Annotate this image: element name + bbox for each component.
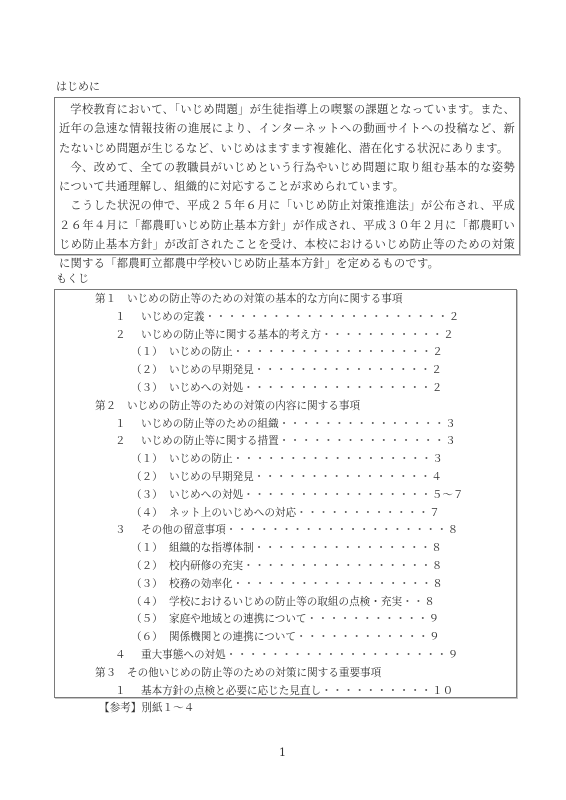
toc-entry-number: ２: [115, 433, 126, 451]
intro-paragraph-2: 今、改めて、全ての教職員がいじめという行為やいじめ問題に取り組む基本的な姿勢につ…: [59, 158, 515, 197]
toc-entry-title: いじめの早期発見・・・・・・・・・・・・・・・・２: [169, 362, 442, 380]
toc-entry-number: 第１: [95, 291, 116, 309]
toc-page-number: ８: [424, 596, 435, 608]
toc-page-number: ２: [432, 346, 443, 358]
toc-entry-number: １: [115, 309, 126, 327]
toc-entry-number: （４）: [131, 594, 163, 612]
toc-entry-number: １: [115, 683, 126, 701]
toc-page-number: ２: [431, 364, 442, 376]
toc-entry-title: 組織的な指導体制・・・・・・・・・・・・・・・・８: [169, 540, 442, 558]
toc-entry-number: １: [115, 416, 126, 434]
intro-paragraph-1: 学校教育において、「いじめ問題」が生徒指導上の喫緊の課題となっています。また、近…: [59, 100, 515, 158]
toc-section: 第２いじめの防止等のための対策の内容に関する事項: [55, 398, 516, 416]
toc-page-number: ９: [429, 613, 440, 625]
toc-page-number: ４: [431, 471, 442, 483]
toc-entry-title: ネット上のいじめへの対応・・・・・・・・・・・・７: [169, 505, 440, 523]
toc-entry-title: いじめの防止等のための組織・・・・・・・・・・・・・・・３: [141, 416, 456, 434]
toc-entry-title: いじめの定義・・・・・・・・・・・・・・・・・・・・・・２: [141, 309, 459, 327]
toc-entry-title: その他の留意事項・・・・・・・・・・・・・・・・・・・・８: [141, 522, 458, 540]
toc-entry-title: 家庭や地域との連携について・・・・・・・・・・・９: [169, 611, 439, 629]
toc-leader-dots: ・・・・・・・・・・・・・・・・・・: [233, 578, 433, 590]
toc-entry: （３）いじめへの対処・・・・・・・・・・・・・・・・・５～７: [55, 487, 516, 505]
toc-entry: （２）校内研修の充実・・・・・・・・・・・・・・・・・８: [55, 558, 516, 576]
toc-page-number: ５～７: [432, 489, 464, 501]
intro-paragraph-3: こうした状況の伸で、平成２５年６月に「いじめ防止対策推進法」が公布され、平成２６…: [59, 196, 515, 273]
toc-entry-number: （５）: [131, 611, 163, 629]
intro-box: 学校教育において、「いじめ問題」が生徒指導上の喫緊の課題となっています。また、近…: [54, 97, 520, 255]
toc-leader-dots: ・・・・・・・・・・: [321, 685, 432, 697]
toc-entry: ２いじめの防止等に関する措置・・・・・・・・・・・・・・・３: [55, 433, 516, 451]
toc-entry-title: いじめへの対処・・・・・・・・・・・・・・・・・２: [169, 380, 442, 398]
toc-entry: １いじめの定義・・・・・・・・・・・・・・・・・・・・・・２: [55, 309, 516, 327]
toc-page-number: ９: [429, 631, 440, 643]
toc-entry: （５）家庭や地域との連携について・・・・・・・・・・・９: [55, 611, 516, 629]
toc-entry-number: （６）: [131, 629, 163, 647]
toc-leader-dots: ・・・・・・・・・・・・・・・・・: [243, 382, 432, 394]
toc-page-number: ２: [432, 382, 443, 394]
toc-entry-title: いじめの防止・・・・・・・・・・・・・・・・・・２: [169, 344, 443, 362]
toc-page-number: ７: [429, 507, 440, 519]
toc-entry-number: 第３: [95, 665, 116, 683]
toc-leader-dots: ・・・・・・・・・・・・・・・・: [254, 542, 432, 554]
toc-entry-title: いじめの早期発見・・・・・・・・・・・・・・・・４: [169, 469, 442, 487]
toc-entry-number: （３）: [131, 380, 163, 398]
toc-entry-title: 【参考】別紙１～４: [99, 700, 194, 718]
toc-section: 第１いじめの防止等のための対策の基本的な方向に関する事項: [55, 291, 516, 309]
toc-entry-number: ２: [115, 327, 126, 345]
toc-entry: （２）いじめの早期発見・・・・・・・・・・・・・・・・４: [55, 469, 516, 487]
toc-entry: ４重大事態への対処・・・・・・・・・・・・・・・・・・・・９: [55, 647, 516, 665]
toc-leader-dots: ・・・・・・・・・・・・・・・・・: [243, 560, 432, 572]
toc-leader-dots: ・・・・・・・・・・・・・・・・: [254, 471, 432, 483]
toc-entry: （２）いじめの早期発見・・・・・・・・・・・・・・・・２: [55, 362, 516, 380]
toc-leader-dots: ・・・・・・・・・・・・・・・・: [254, 364, 432, 376]
toc-entry-title: 関係機関との連携について・・・・・・・・・・・・９: [169, 629, 440, 647]
toc-section: 第３その他いじめの防止等のための対策に関する重要事項: [55, 665, 516, 683]
toc-leader-dots: ・・・・・・・・・・・: [307, 613, 429, 625]
toc-leader-dots: ・・・・・・・・・・・・・・・・・・・・: [226, 524, 448, 536]
page-number: 1: [279, 746, 286, 759]
toc-entry-number: （２）: [131, 558, 163, 576]
toc-leader-dots: ・・・・・・・・・・・・・・・: [279, 418, 445, 430]
toc-leader-dots: ・・・・・・・・・・・・・・・・・・・・・・: [205, 311, 449, 323]
toc-entry-title: 校務の効率化・・・・・・・・・・・・・・・・・・８: [169, 576, 443, 594]
toc-page-number: ３: [432, 453, 443, 465]
toc-entry: （１）組織的な指導体制・・・・・・・・・・・・・・・・８: [55, 540, 516, 558]
toc-entry-number: （２）: [131, 362, 163, 380]
toc-leader-dots: ・・・・・・・・・・・・・・・・・: [243, 489, 432, 501]
toc-entry-number: （２）: [131, 469, 163, 487]
toc-leader-dots: ・・・・・・・・・・・・: [296, 631, 429, 643]
toc-entry: （１）いじめの防止・・・・・・・・・・・・・・・・・・２: [55, 344, 516, 362]
toc-entry-title: その他いじめの防止等のための対策に関する重要事項: [127, 665, 381, 683]
toc-page-number: １０: [432, 685, 453, 697]
toc-entry: （４）ネット上のいじめへの対応・・・・・・・・・・・・７: [55, 505, 516, 523]
toc-entry-title: いじめの防止等のための対策の基本的な方向に関する事項: [127, 291, 402, 309]
toc-entry: （３）校務の効率化・・・・・・・・・・・・・・・・・・８: [55, 576, 516, 594]
toc-entry-title: 重大事態への対処・・・・・・・・・・・・・・・・・・・・９: [141, 647, 458, 665]
toc-entry-title: 校内研修の充実・・・・・・・・・・・・・・・・・８: [169, 558, 442, 576]
toc-entry: ３その他の留意事項・・・・・・・・・・・・・・・・・・・・８: [55, 522, 516, 540]
toc-leader-dots: ・・・・・・・・・・・・・・・・・・: [233, 346, 433, 358]
toc-entry: （１）いじめの防止・・・・・・・・・・・・・・・・・・３: [55, 451, 516, 469]
toc-page-number: ３: [445, 418, 456, 430]
toc-leader-dots: ・・・・・・・・・・・・・・・・・・・・: [226, 649, 448, 661]
toc-leader-dots: ・・・・・・・・・・・・・・・・・・: [233, 453, 433, 465]
toc-page-number: ２: [443, 329, 454, 341]
toc-page-number: ２: [449, 311, 460, 323]
toc-entry-number: ３: [115, 522, 126, 540]
toc-entry-number: （１）: [131, 451, 163, 469]
toc-entry-number: （１）: [131, 540, 163, 558]
toc-entry-title: 基本方針の点検と必要に応じた見直し・・・・・・・・・・１０: [141, 683, 453, 701]
toc-entry-number: 第２: [95, 398, 116, 416]
toc-entry-number: （３）: [131, 576, 163, 594]
toc-entry: （４）学校におけるいじめの防止等の取組の点検・充実・・８: [55, 594, 516, 612]
toc-page-number: ８: [431, 542, 442, 554]
toc-leader-dots: ・・・・・・・・・・・・・・・: [279, 435, 445, 447]
toc-page-number: ３: [445, 435, 456, 447]
toc-page-number: ９: [448, 649, 459, 661]
toc-entry-number: （１）: [131, 344, 163, 362]
toc-entry-number: （４）: [131, 505, 163, 523]
toc-page-number: ８: [448, 524, 459, 536]
toc-entry: ２いじめの防止等に関する基本的考え方・・・・・・・・・・・２: [55, 327, 516, 345]
toc-entry-number: （３）: [131, 487, 163, 505]
toc-leader-dots: ・・・・・・・・・・・: [321, 329, 443, 341]
toc-entry-title: 学校におけるいじめの防止等の取組の点検・充実・・８: [169, 594, 435, 612]
toc-entry: １いじめの防止等のための組織・・・・・・・・・・・・・・・３: [55, 416, 516, 434]
intro-heading: はじめに: [56, 80, 100, 94]
toc-entry-title: いじめの防止等に関する措置・・・・・・・・・・・・・・・３: [141, 433, 456, 451]
table-of-contents: 第１いじめの防止等のための対策の基本的な方向に関する事項１いじめの定義・・・・・…: [54, 289, 517, 698]
toc-page-number: ８: [432, 578, 443, 590]
toc-entry: （６）関係機関との連携について・・・・・・・・・・・・９: [55, 629, 516, 647]
toc-entry-number: ４: [115, 647, 126, 665]
toc-leader-dots: ・・: [402, 596, 424, 608]
toc-entry-title: いじめの防止等に関する基本的考え方・・・・・・・・・・・２: [141, 327, 454, 345]
toc-heading: もくじ: [56, 272, 89, 286]
toc-reference: 【参考】別紙１～４: [55, 700, 516, 718]
toc-entry-title: いじめの防止・・・・・・・・・・・・・・・・・・３: [169, 451, 443, 469]
toc-entry: （３）いじめへの対処・・・・・・・・・・・・・・・・・２: [55, 380, 516, 398]
toc-entry: １基本方針の点検と必要に応じた見直し・・・・・・・・・・１０: [55, 683, 516, 701]
toc-page-number: ８: [432, 560, 443, 572]
toc-entry-title: いじめへの対処・・・・・・・・・・・・・・・・・５～７: [169, 487, 464, 505]
toc-entry-title: いじめの防止等のための対策の内容に関する事項: [127, 398, 360, 416]
toc-leader-dots: ・・・・・・・・・・・・: [296, 507, 429, 519]
